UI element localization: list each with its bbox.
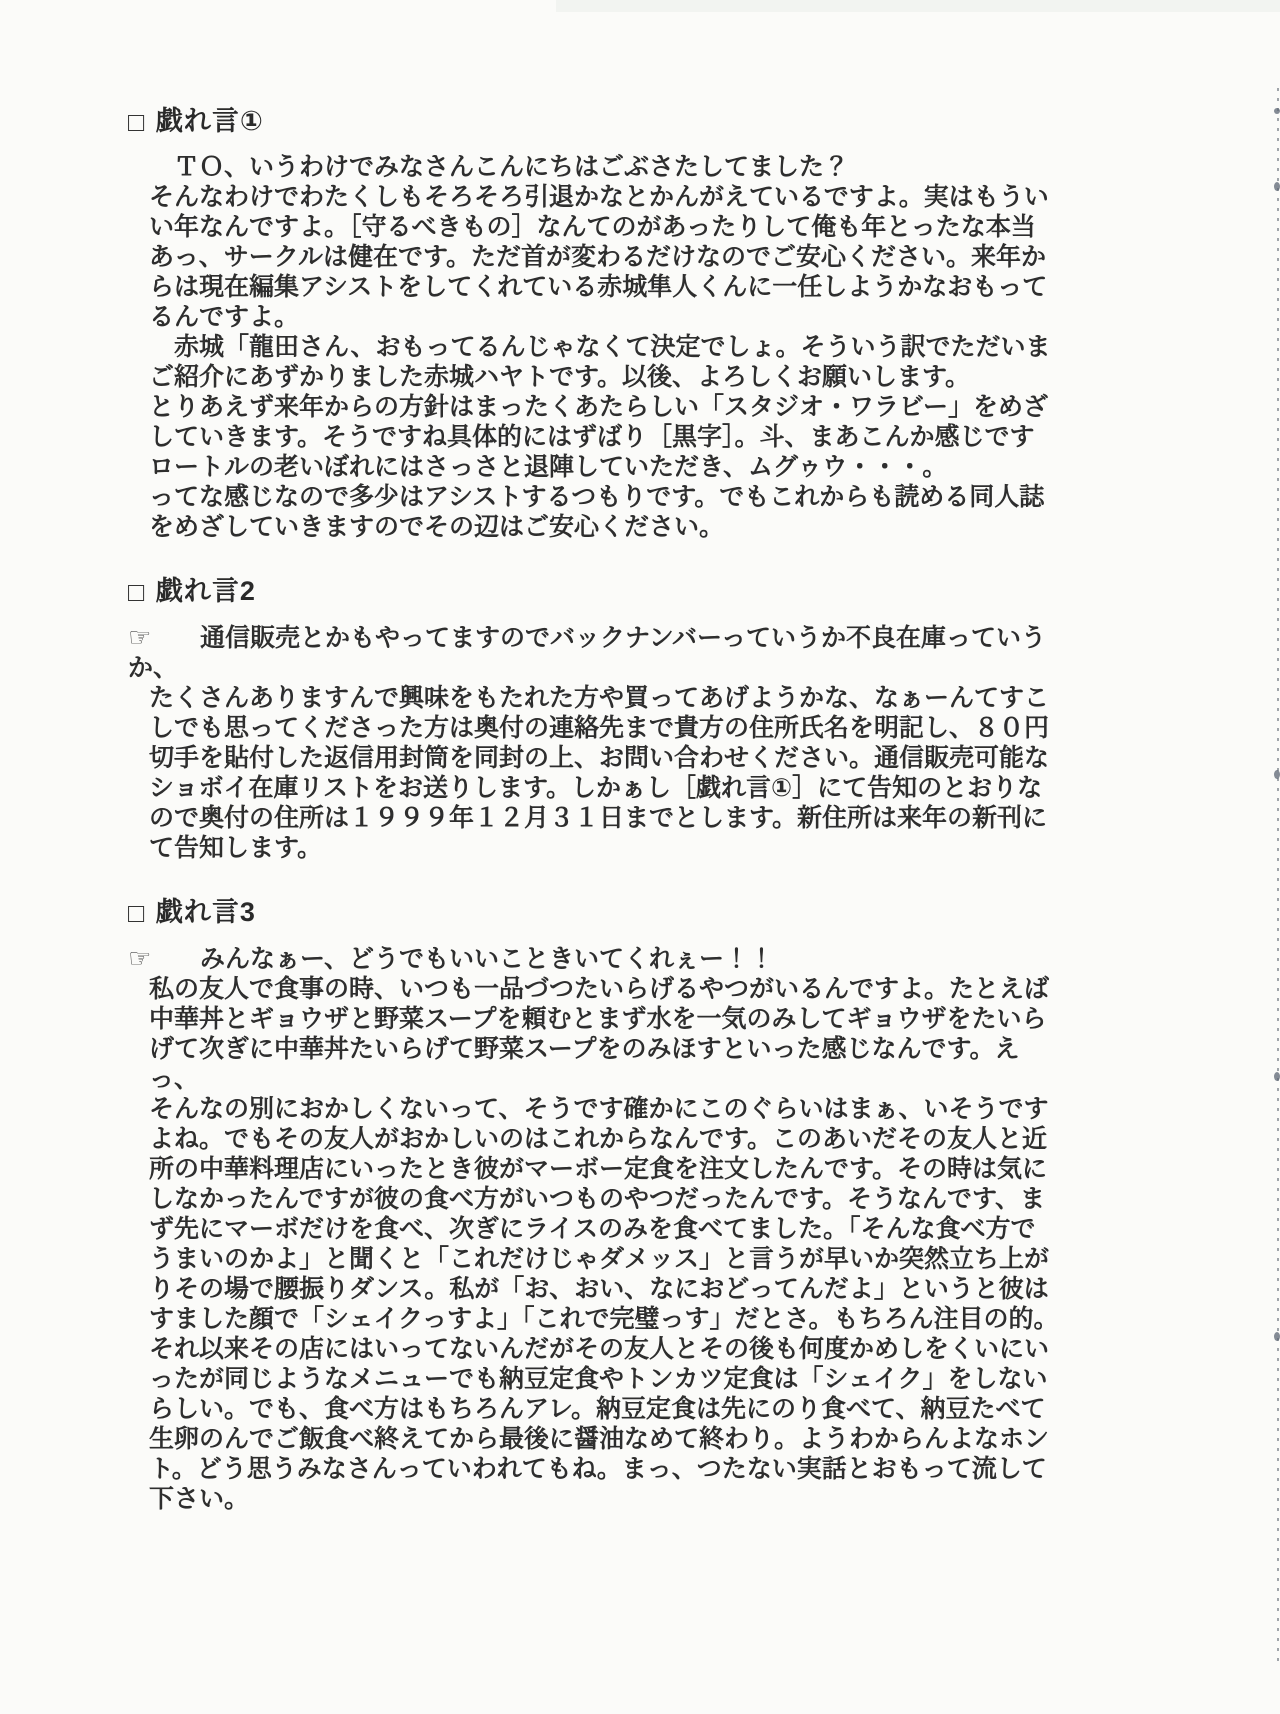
scan-artifact-blob [1274, 1072, 1280, 1081]
text-line: 私の友人で食事の時、いつも一品づつたいらげるやつがいるんですよ。たとえば [149, 974, 1063, 1004]
text-line: すました顔で「シェイクっすよ」「これで完璧っす」だとさ。もちろん注目の的。 [149, 1304, 1063, 1334]
section-title-text: 戯れ言2 [156, 576, 256, 606]
text-line: 中華丼とギョウザと野菜スープを頼むとまず水を一気のみしてギョウザをたいら [149, 1004, 1063, 1034]
scan-artifact-blob [1274, 182, 1280, 191]
open-square-marker-icon: □ [128, 577, 145, 608]
section-title: □ 戯れ言2 [128, 576, 1063, 607]
text-line: い年なんですよ。［守るべきもの］なんてのがあったりして俺も年とったな本当 [149, 212, 1063, 242]
text-line: りその場で腰振りダンス。私が「お、おい、なにおどってんだよ」というと彼は [149, 1274, 1063, 1304]
scan-artifact-blob [1274, 1332, 1280, 1341]
section-title-text: 戯れ言3 [156, 897, 256, 927]
text-line: ず先にマーボだけを食べ、次ぎにライスのみを食べてました。「そんな食べ方で [149, 1214, 1063, 1244]
text-line: をめざしていきますのでその辺はご安心ください。 [149, 512, 1063, 542]
text-line: ☞ 通信販売とかもやってますのでバックナンバーっていうか不良在庫っていうか、 [128, 622, 1063, 683]
scanner-edge-band [556, 0, 1280, 12]
text-line: ロートルの老いぼれにはさっさと退陣していただき、ムグゥウ・・・。 [149, 452, 1063, 482]
text-line: 赤城「龍田さん、おもってるんじゃなくて決定でしょ。そういう訳でただいま [149, 332, 1063, 362]
open-square-marker-icon: □ [128, 107, 145, 138]
text-line: らは現在編集アシストをしてくれている赤城隼人くんに一任しようかなおもって [149, 272, 1063, 302]
text-line: それ以来その店にはいってないんだがその友人とその後も何度かめしをくいにい [149, 1334, 1063, 1364]
text-line: しなかったんですが彼の食べ方がいつものやつだったんです。そうなんです、ま [149, 1184, 1063, 1214]
text-line: たくさんありますんで興味をもたれた方や買ってあげようかな、なぁーんてすこ [149, 683, 1063, 713]
text-line: ってな感じなので多少はアシストするつもりです。でもこれからも読める同人誌 [149, 482, 1063, 512]
text-line: 生卵のんでご飯食べ終えてから最後に醤油なめて終わり。ようわからんよなホン [149, 1424, 1063, 1454]
text-line: とりあえず来年からの方針はまったくあたらしい「スタジオ・ワラビー」をめざ [149, 392, 1063, 422]
text-line: 切手を貼付した返信用封筒を同封の上、お問い合わせください。通信販売可能な [149, 743, 1063, 773]
scan-artifact-blob [1274, 770, 1280, 779]
text-line: げて次ぎに中華丼たいらげて野菜スープをのみほすといった感じなんです。えっ、 [149, 1034, 1063, 1094]
text-line-content: 通信販売とかもやってますのでバックナンバーっていうか不良在庫っていうか、 [128, 624, 1046, 682]
open-square-marker-icon: □ [128, 898, 145, 929]
text-line: しでも思ってくださった方は奥付の連絡先まで貴方の住所氏名を明記し、８０円 [149, 713, 1063, 743]
section-title-text: 戯れ言① [156, 106, 264, 136]
text-line: そんなわけでわたくしもそろそろ引退かなとかんがえているですよ。実はもうい [149, 182, 1063, 212]
text-line: ＴＯ、いうわけでみなさんこんにちはごぶさたしてました？ [149, 152, 1063, 182]
text-line: ご紹介にあずかりました赤城ハヤトです。以後、よろしくお願いします。 [149, 362, 1063, 392]
text-line: るんですよ。 [149, 302, 1063, 332]
scan-artifact-blob [1274, 108, 1280, 114]
text-line: ったが同じようなメニューでも納豆定食やトンカツ定食は「シェイク」をしない [149, 1364, 1063, 1394]
text-line-content: みんなぁー、どうでもいいこときいてくれぇー！！ [175, 945, 774, 973]
text-section: □ 戯れ言① ＴＯ、いうわけでみなさんこんにちはごぶさたしてました？そんなわけで… [128, 106, 1063, 542]
text-line: 所の中華料理店にいったとき彼がマーボー定食を注文したんです。その時は気に [149, 1154, 1063, 1184]
text-line: よね。でもその友人がおかしいのはこれからなんです。このあいだその友人と近 [149, 1124, 1063, 1154]
text-line: 下さい。 [149, 1484, 1063, 1514]
text-line: ト。どう思うみなさんっていわれてもね。まっ、つたない実話とおもって流して [149, 1454, 1063, 1484]
section-body: ☞ みんなぁー、どうでもいいこときいてくれぇー！！私の友人で食事の時、いつも一品… [128, 943, 1063, 1514]
pointing-hand-icon: ☞ [128, 943, 175, 973]
section-title: □ 戯れ言3 [128, 897, 1063, 928]
text-section: □ 戯れ言2 ☞ 通信販売とかもやってますのでバックナンバーっていうか不良在庫っ… [128, 576, 1063, 863]
pointing-hand-icon: ☞ [128, 622, 175, 652]
text-line: あっ、サークルは健在です。ただ首が変わるだけなのでご安心ください。来年か [149, 242, 1063, 272]
text-line: ☞ みんなぁー、どうでもいいこときいてくれぇー！！ [128, 943, 1063, 974]
scan-artifact-edge [1277, 88, 1279, 1664]
text-line: て告知します。 [149, 833, 1063, 863]
text-line: ショボイ在庫リストをお送りします。しかぁし［戯れ言①］にて告知のとおりな [149, 773, 1063, 803]
text-line: していきます。そうですね具体的にはずばり［黒字］。斗、まあこんか感じです [149, 422, 1063, 452]
text-line: そんなの別におかしくないって、そうです確かにこのぐらいはまぁ、いそうです [149, 1094, 1063, 1124]
section-body: ＴＯ、いうわけでみなさんこんにちはごぶさたしてました？そんなわけでわたくしもそろ… [128, 152, 1063, 542]
text-section: □ 戯れ言3 ☞ みんなぁー、どうでもいいこときいてくれぇー！！私の友人で食事の… [128, 897, 1063, 1514]
page-content: □ 戯れ言① ＴＯ、いうわけでみなさんこんにちはごぶさたしてました？そんなわけで… [0, 0, 1063, 1514]
text-line: らしい。でも、食べ方はもちろんアレ。納豆定食は先にのり食べて、納豆たべて [149, 1394, 1063, 1424]
section-title: □ 戯れ言① [128, 106, 1063, 137]
text-line: うまいのかよ」と聞くと「これだけじゃダメッス」と言うが早いか突然立ち上が [149, 1244, 1063, 1274]
text-line: ので奥付の住所は１９９９年１２月３１日までとします。新住所は来年の新刊に [149, 803, 1063, 833]
section-body: ☞ 通信販売とかもやってますのでバックナンバーっていうか不良在庫っていうか、たく… [128, 622, 1063, 863]
